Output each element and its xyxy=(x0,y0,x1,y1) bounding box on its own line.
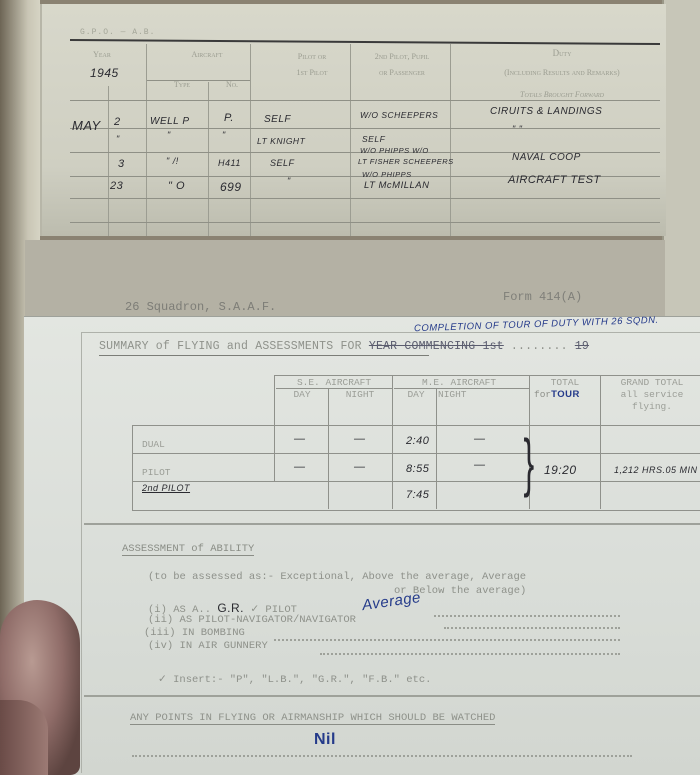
assessment-item-3: (iii) IN BOMBING xyxy=(144,627,245,639)
pilot-me-day: 8:55 xyxy=(406,463,429,475)
rule xyxy=(70,222,660,223)
me-night-label: NIGHT xyxy=(438,389,528,400)
row-date: " xyxy=(116,134,120,144)
row-pilot: SELF xyxy=(270,158,295,168)
rule xyxy=(250,44,251,236)
second-pilot-label-1: 2nd Pilot, Pupil xyxy=(347,52,457,61)
summary-underline xyxy=(99,355,429,356)
pilot-se-day: — xyxy=(294,461,306,473)
row-label-pilot: PILOT xyxy=(142,467,171,478)
assessment-item-2: (ii) AS PILOT-NAVIGATOR/NAVIGATOR xyxy=(148,614,356,626)
logbook-page: G.P.O. — A.B. Year 1945 Aircraft Type No… xyxy=(40,4,666,236)
points-handwritten: Nil xyxy=(314,731,336,749)
total-for-tour-value: 19:20 xyxy=(544,463,577,477)
struck-text: YEAR COMMENCING 1st xyxy=(369,340,504,353)
assessment-title: ASSESSMENT of ABILITY xyxy=(122,543,254,556)
insert-note: ✓ Insert:- "P", "L.B.", "G.R.", "F.B." e… xyxy=(158,673,431,686)
row-type: " /! xyxy=(166,156,179,166)
struck-tail: 19 xyxy=(575,340,589,353)
row-pilot: " xyxy=(287,176,291,186)
rule xyxy=(147,80,250,81)
dual-me-night: — xyxy=(474,433,486,445)
pilot-me-night: — xyxy=(474,459,486,471)
form-414a-sheet: COMPLETION OF TOUR OF DUTY WITH 26 SQDN.… xyxy=(24,316,700,775)
grand-total-value: 1,212 HRS.05 MIN xyxy=(614,465,698,475)
pilot-se-night: — xyxy=(354,461,366,473)
rule xyxy=(394,388,529,389)
finger xyxy=(0,700,48,775)
section-separator xyxy=(84,695,700,697)
row-duty: NAVAL COOP xyxy=(512,152,581,163)
row-duty: AIRCRAFT TEST xyxy=(508,174,601,186)
row-no: P. xyxy=(224,112,234,124)
year-value: 1945 xyxy=(90,66,119,80)
dual-se-night: — xyxy=(354,433,366,445)
row-date: 23 xyxy=(110,180,123,192)
logbook-header-faint: G.P.O. — A.B. xyxy=(80,28,155,37)
squadron-label: 26 Squadron, S.A.A.F. xyxy=(125,300,276,314)
row-second: W/O SCHEEPERS xyxy=(360,110,438,120)
dotted-line xyxy=(132,755,632,757)
me-aircraft-label: M.E. AIRCRAFT xyxy=(394,377,524,388)
brace: } xyxy=(523,417,534,507)
total-label: TOTAL xyxy=(530,377,600,388)
summary-dots: ........ xyxy=(511,340,568,353)
rule xyxy=(70,128,660,129)
row-second-line1: W/O PHIPPS W/O xyxy=(360,146,429,155)
section-separator xyxy=(84,523,700,525)
rule xyxy=(132,453,700,454)
assessment-role-handwritten: G.R. xyxy=(217,601,244,615)
points-title: ANY POINTS IN FLYING OR AIRMANSHIP WHICH… xyxy=(130,712,495,725)
row-second: LT McMILLAN xyxy=(364,180,430,191)
row-duty: " " xyxy=(512,124,522,134)
row-second: LT FISHER SCHEEPERS xyxy=(358,157,454,166)
form-number: Form 414(A) xyxy=(503,290,582,304)
row-type: " O xyxy=(168,180,185,192)
row-duty: CIRUITS & LANDINGS xyxy=(490,106,602,117)
row-date: 2 xyxy=(114,116,121,128)
rule xyxy=(70,198,660,199)
grand-total-label-2: all service xyxy=(602,389,700,400)
row-month: MAY xyxy=(72,118,101,133)
rule xyxy=(276,388,392,389)
second-pilot-label-2: or Passenger xyxy=(347,68,457,77)
duty-label-1: Duty xyxy=(462,48,662,58)
rule xyxy=(132,481,700,482)
dotted-line xyxy=(444,627,620,629)
row-label-dual: DUAL xyxy=(142,439,165,450)
summary-title-text: SUMMARY of FLYING and ASSESSMENTS FOR xyxy=(99,340,362,353)
brought-forward-label: Totals Brought Forward xyxy=(462,90,662,99)
background-sheet-right xyxy=(662,0,700,320)
row-date: 3 xyxy=(118,158,125,170)
rule xyxy=(208,82,209,236)
row-no: H411 xyxy=(218,158,241,168)
row-pilot: LT KNIGHT xyxy=(257,136,305,146)
rule xyxy=(108,86,109,236)
row-type: " xyxy=(167,130,171,140)
dual-me-day: 2:40 xyxy=(406,435,429,447)
rule xyxy=(450,44,451,236)
assessment-item-4: (iv) IN AIR GUNNERY xyxy=(148,640,268,652)
rule xyxy=(146,44,147,236)
row-pilot: SELF xyxy=(264,114,291,125)
row-second-line1: W/O PHIPPS xyxy=(362,170,412,179)
type-label: Type xyxy=(152,80,212,89)
row-no: " xyxy=(222,130,226,140)
row-type: WELL P xyxy=(150,116,190,127)
dual-se-day: — xyxy=(294,433,306,445)
grand-total-label-3: flying. xyxy=(602,401,700,412)
me-day-label: DAY xyxy=(394,389,438,400)
se-day-label: DAY xyxy=(276,389,328,400)
no-label: No. xyxy=(217,80,247,89)
assessment-instructions-1: (to be assessed as:- Exceptional, Above … xyxy=(148,571,526,583)
se-night-label: NIGHT xyxy=(328,389,392,400)
year-label: Year xyxy=(82,50,122,59)
logbook-top-rule xyxy=(70,39,660,45)
se-aircraft-label: S.E. AIRCRAFT xyxy=(276,377,392,388)
dotted-line xyxy=(274,639,620,641)
dotted-line xyxy=(434,615,620,617)
aircraft-label: Aircraft xyxy=(157,50,257,59)
duty-label-2: (Including Results and Remarks) xyxy=(462,68,662,77)
row-second: SELF xyxy=(362,134,385,144)
dotted-line xyxy=(320,653,620,655)
rule xyxy=(70,100,660,101)
total-for-tour-label: forTOUR xyxy=(534,389,580,400)
second-pilot-me-day: 7:45 xyxy=(406,489,429,501)
row-label-2nd-pilot: 2nd PILOT xyxy=(142,483,190,493)
grand-total-label-1: GRAND TOTAL xyxy=(602,377,700,388)
summary-title: SUMMARY of FLYING and ASSESSMENTS FOR YE… xyxy=(99,340,589,353)
row-no: 699 xyxy=(220,180,242,194)
rule xyxy=(350,44,351,236)
